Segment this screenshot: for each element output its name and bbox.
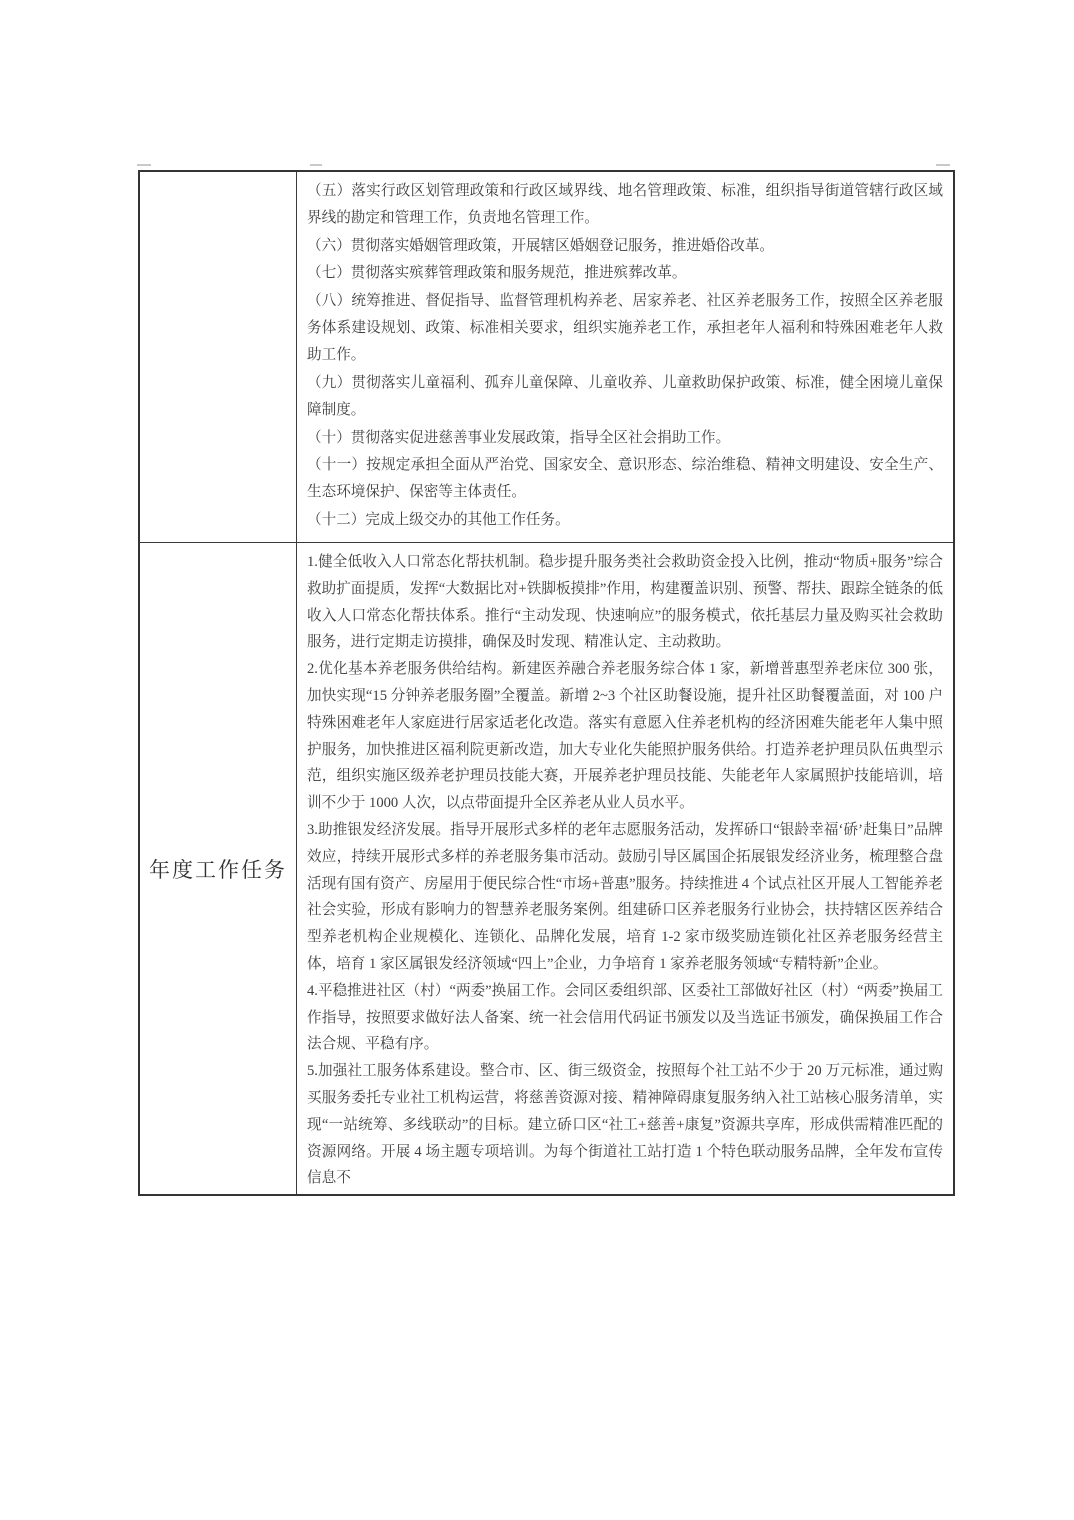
task-item-3: 3.助推银发经济发展。指导开展形式多样的老年志愿服务活动，发挥硚口“银龄幸福‘硚…: [307, 817, 943, 978]
duties-row: （五）落实行政区划管理政策和行政区域界线、地名管理政策、标准，组织指导街道管辖行…: [140, 172, 953, 543]
document-page: （五）落实行政区划管理政策和行政区域界线、地名管理政策、标准，组织指导街道管辖行…: [0, 0, 1074, 1520]
annual-tasks-label: 年度工作任务: [149, 854, 287, 884]
duty-item-11: （十一）按规定承担全面从严治党、国家安全、意识形态、综治维稳、精神文明建设、安全…: [307, 452, 943, 507]
duties-content-cell: （五）落实行政区划管理政策和行政区域界线、地名管理政策、标准，组织指导街道管辖行…: [297, 172, 953, 542]
task-item-1: 1.健全低收入人口常态化帮扶机制。稳步提升服务类社会救助资金投入比例，推动“物质…: [307, 549, 943, 656]
duty-item-12: （十二）完成上级交办的其他工作任务。: [307, 507, 943, 534]
task-item-4: 4.平稳推进社区（村）“两委”换届工作。会同区委组织部、区委社工部做好社区（村）…: [307, 978, 943, 1058]
work-tasks-table: （五）落实行政区划管理政策和行政区域界线、地名管理政策、标准，组织指导街道管辖行…: [138, 170, 955, 1196]
duty-item-5: （五）落实行政区划管理政策和行政区域界线、地名管理政策、标准，组织指导街道管辖行…: [307, 178, 943, 233]
task-item-5: 5.加强社工服务体系建设。整合市、区、街三级资金，按照每个社工站不少于 20 万…: [307, 1058, 943, 1192]
duties-label-cell: [140, 172, 297, 542]
duty-item-8: （八）统筹推进、督促指导、监督管理机构养老、居家养老、社区养老服务工作，按照全区…: [307, 288, 943, 370]
duty-item-9: （九）贯彻落实儿童福利、孤弃儿童保障、儿童收养、儿童救助保护政策、标准，健全困境…: [307, 370, 943, 425]
page-continuation-tick: [137, 164, 151, 166]
annual-tasks-content-cell: 1.健全低收入人口常态化帮扶机制。稳步提升服务类社会救助资金投入比例，推动“物质…: [297, 543, 953, 1194]
duty-item-10: （十）贯彻落实促进慈善事业发展政策，指导全区社会捐助工作。: [307, 425, 943, 452]
duty-item-7: （七）贯彻落实殡葬管理政策和服务规范，推进殡葬改革。: [307, 260, 943, 287]
page-continuation-tick: [936, 164, 950, 166]
annual-tasks-row: 年度工作任务 1.健全低收入人口常态化帮扶机制。稳步提升服务类社会救助资金投入比…: [140, 543, 953, 1194]
page-continuation-tick: [310, 164, 322, 166]
task-item-2: 2.优化基本养老服务供给结构。新建医养融合养老服务综合体 1 家，新增普惠型养老…: [307, 656, 943, 817]
duty-item-6: （六）贯彻落实婚姻管理政策，开展辖区婚姻登记服务，推进婚俗改革。: [307, 233, 943, 260]
annual-tasks-label-cell: 年度工作任务: [140, 543, 297, 1194]
